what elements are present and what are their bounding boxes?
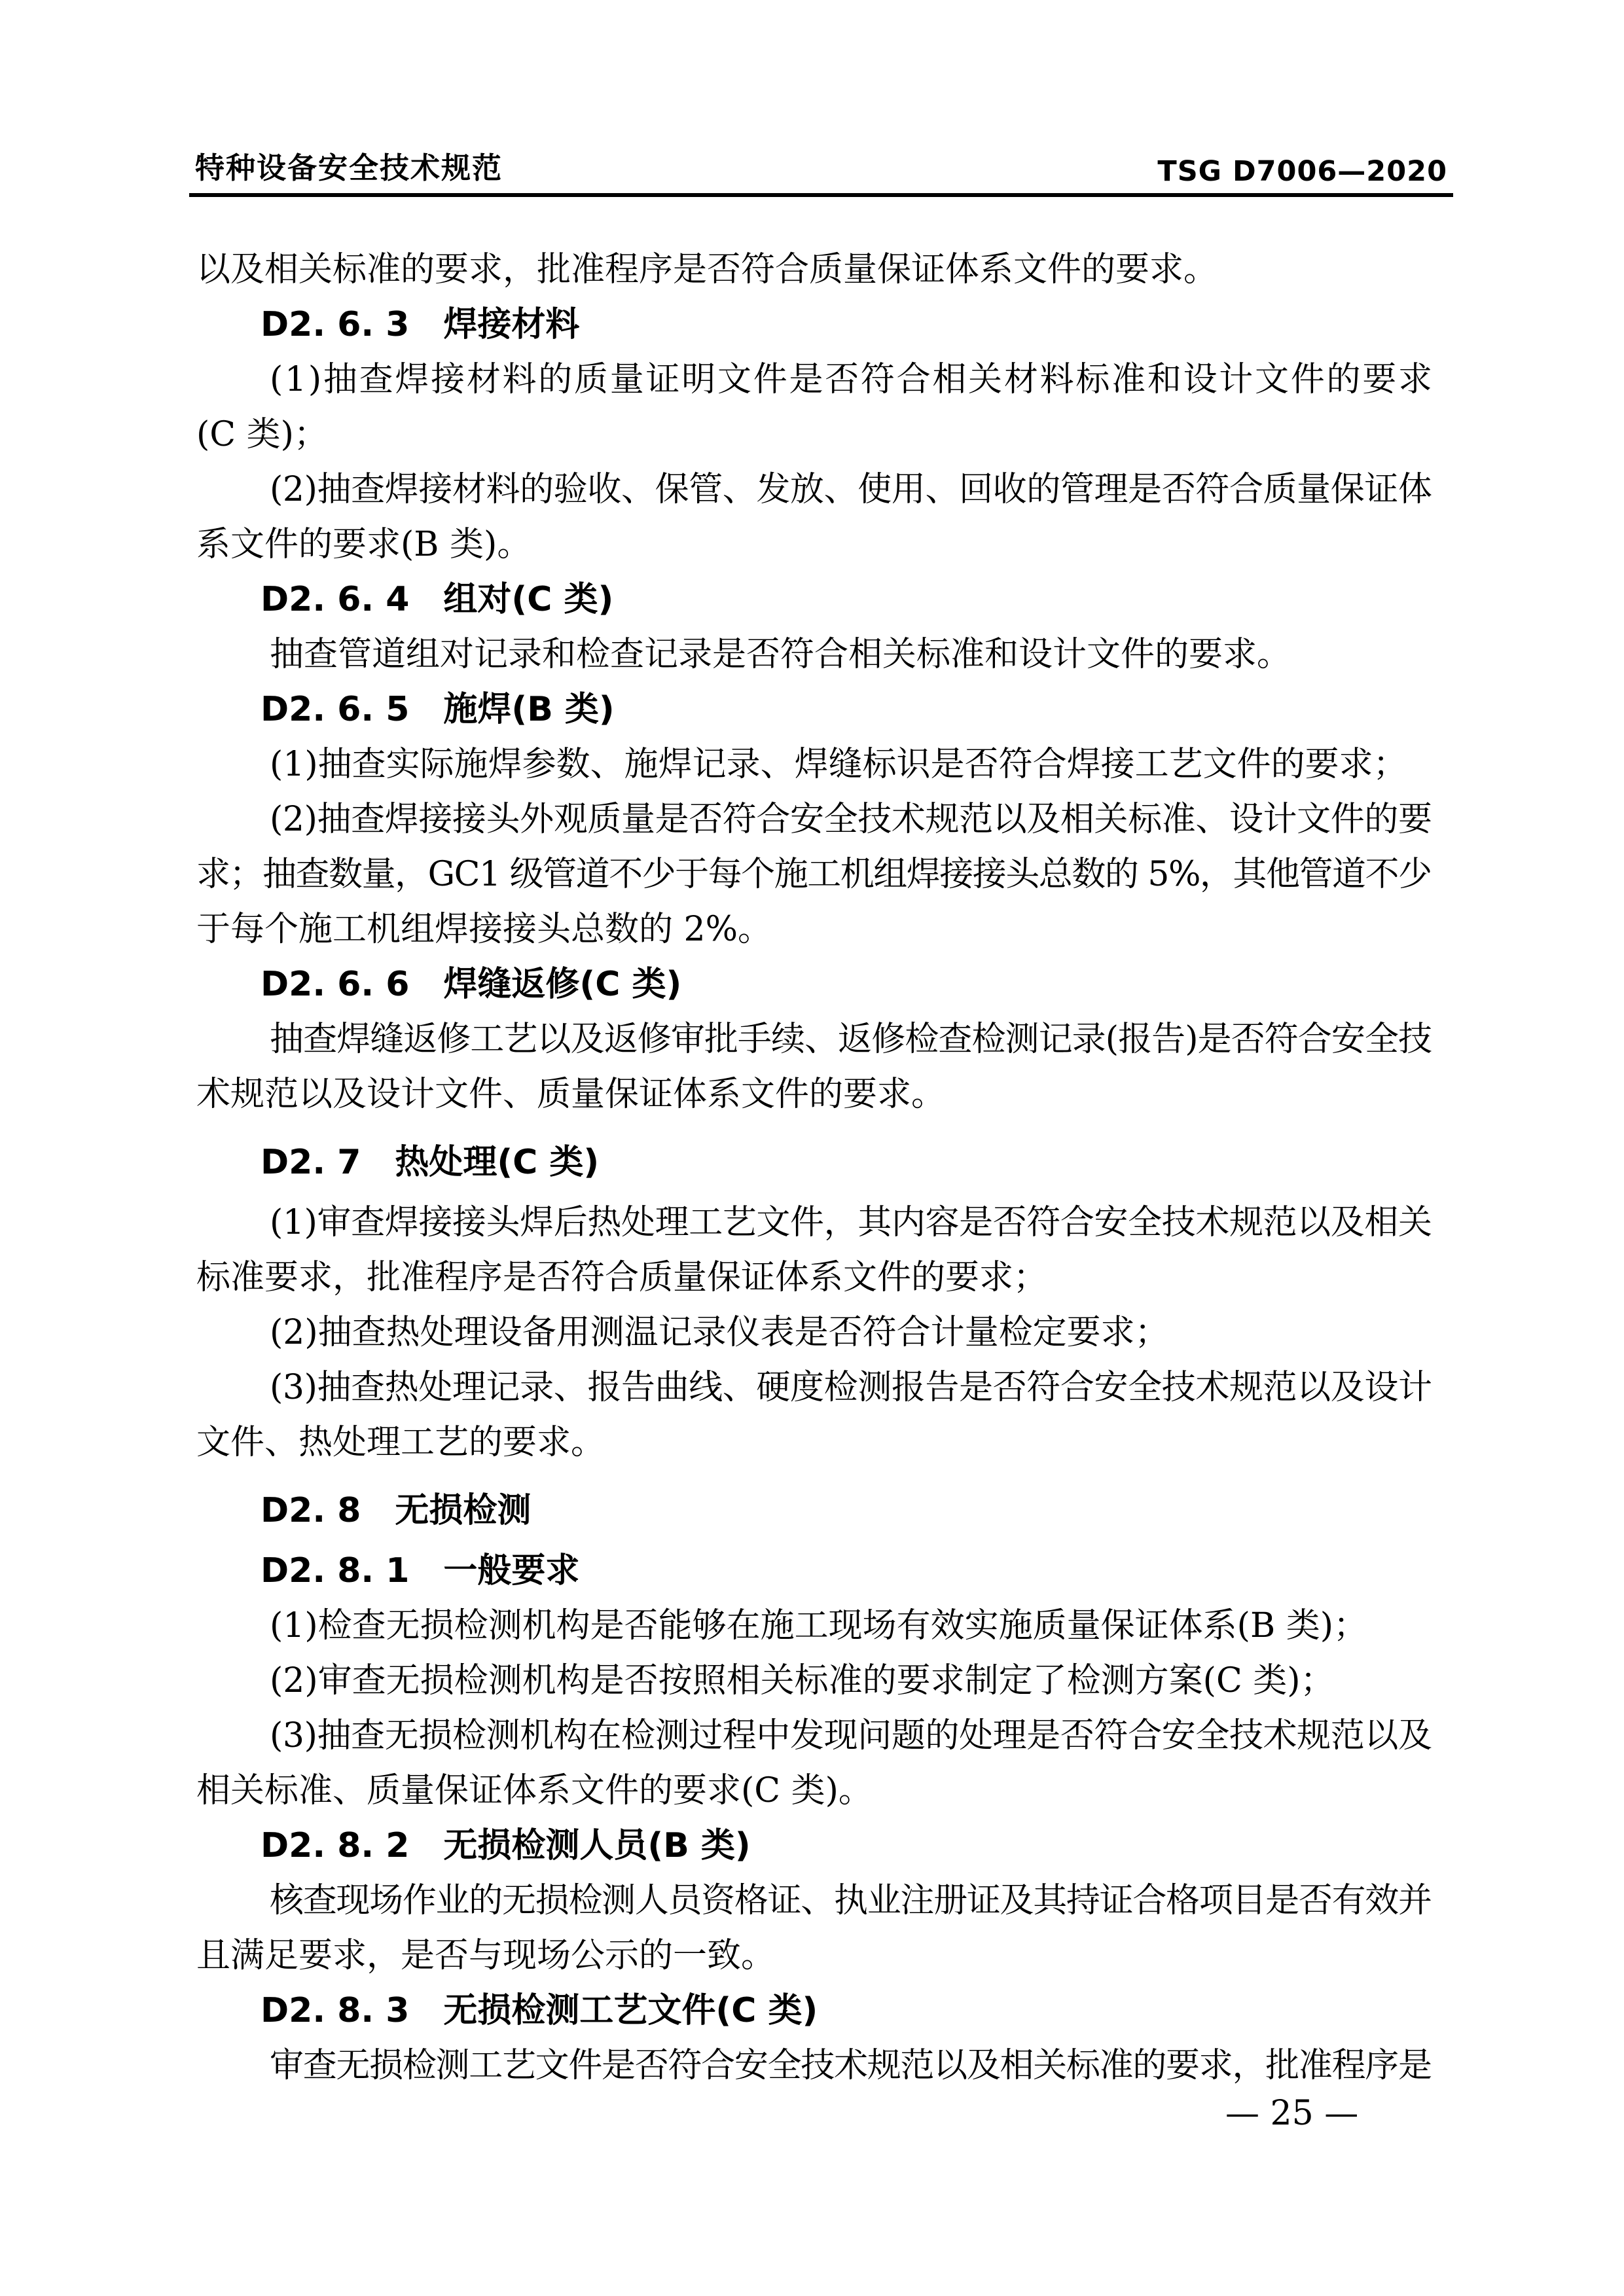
text-line-content: (1)审查焊接接头焊后热处理工艺文件，其内容是否符合安全技术规范以及相关 (270, 1195, 1432, 1250)
text-line-content: (1)抽查实际施焊参数、施焊记录、焊缝标识是否符合焊接工艺文件的要求； (270, 737, 1407, 792)
text-line-content: (2)审查无损检测机构是否按照相关标准的要求制定了检测方案(C 类)； (270, 1653, 1335, 1708)
section-heading: D2. 8. 3 无损检测工艺文件(C 类) (196, 1983, 1432, 2038)
section-heading: D2. 7 热处理(C 类) (196, 1135, 1432, 1190)
page-body: 以及相关标准的要求，批准程序是否符合质量保证体系文件的要求。D2. 6. 3 焊… (196, 242, 1432, 2093)
text-line: (1)抽查焊接材料的质量证明文件是否符合相关材料标准和设计文件的要求 (196, 352, 1432, 407)
text-line-content: (2)抽查焊接材料的验收、保管、发放、使用、回收的管理是否符合质量保证体 (270, 462, 1432, 517)
text-line-content: D2. 7 热处理(C 类) (261, 1135, 599, 1190)
text-line-content: 审查无损检测工艺文件是否符合安全技术规范以及相关标准的要求，批准程序是 (270, 2038, 1432, 2093)
text-line: (2)审查无损检测机构是否按照相关标准的要求制定了检测方案(C 类)； (196, 1653, 1432, 1708)
text-line: 求；抽查数量，GC1 级管道不少于每个施工机组焊接接头总数的 5%，其他管道不少 (196, 847, 1432, 902)
section-heading: D2. 8. 2 无损检测人员(B 类) (196, 1818, 1432, 1873)
text-line-content: 抽查焊缝返修工艺以及返修审批手续、返修检查检测记录(报告)是否符合安全技 (270, 1012, 1432, 1067)
text-line: (1)审查焊接接头焊后热处理工艺文件，其内容是否符合安全技术规范以及相关 (196, 1195, 1432, 1250)
text-line-content: D2. 6. 6 焊缝返修(C 类) (261, 957, 681, 1012)
text-line: (3)抽查热处理记录、报告曲线、硬度检测报告是否符合安全技术规范以及设计 (196, 1360, 1432, 1415)
document-code: TSG D7006—2020 (1157, 156, 1447, 187)
section-heading: D2. 6. 4 组对(C 类) (196, 572, 1432, 627)
text-line: (1)检查无损检测机构是否能够在施工现场有效实施质量保证体系(B 类)； (196, 1598, 1432, 1653)
text-line: (2)抽查焊接材料的验收、保管、发放、使用、回收的管理是否符合质量保证体 (196, 462, 1432, 517)
text-line-content: D2. 6. 5 施焊(B 类) (261, 682, 615, 737)
text-line: 以及相关标准的要求，批准程序是否符合质量保证体系文件的要求。 (196, 242, 1432, 297)
text-line-content: D2. 6. 3 焊接材料 (261, 297, 579, 352)
text-line: 标准要求，批准程序是否符合质量保证体系文件的要求； (196, 1250, 1432, 1305)
text-line: 术规范以及设计文件、质量保证体系文件的要求。 (196, 1067, 1432, 1122)
text-line-content: D2. 8. 3 无损检测工艺文件(C 类) (261, 1983, 818, 2038)
text-line: (1)抽查实际施焊参数、施焊记录、焊缝标识是否符合焊接工艺文件的要求； (196, 737, 1432, 792)
text-line: 文件、热处理工艺的要求。 (196, 1415, 1432, 1470)
text-line-content: D2. 8. 1 一般要求 (261, 1543, 579, 1598)
text-line: 抽查焊缝返修工艺以及返修审批手续、返修检查检测记录(报告)是否符合安全技 (196, 1012, 1432, 1067)
text-line-content: (1)检查无损检测机构是否能够在施工现场有效实施质量保证体系(B 类)； (270, 1598, 1367, 1653)
text-line-content: D2. 8 无损检测 (261, 1483, 531, 1538)
text-line-content: (2)抽查焊接接头外观质量是否符合安全技术规范以及相关标准、设计文件的要 (270, 792, 1432, 847)
text-line: (2)抽查热处理设备用测温记录仪表是否符合计量检定要求； (196, 1305, 1432, 1360)
text-line: 核查现场作业的无损检测人员资格证、执业注册证及其持证合格项目是否有效并 (196, 1873, 1432, 1928)
text-line-content: D2. 6. 4 组对(C 类) (261, 572, 613, 627)
text-line: 且满足要求，是否与现场公示的一致。 (196, 1928, 1432, 1983)
text-line-content: 术规范以及设计文件、质量保证体系文件的要求。 (196, 1067, 945, 1122)
text-line-content: 且满足要求，是否与现场公示的一致。 (196, 1928, 775, 1983)
text-line: (2)抽查焊接接头外观质量是否符合安全技术规范以及相关标准、设计文件的要 (196, 792, 1432, 847)
text-line-content: 于每个施工机组焊接接头总数的 2%。 (196, 902, 772, 957)
text-line-content: 相关标准、质量保证体系文件的要求(C 类)。 (196, 1763, 873, 1818)
text-line: (3)抽查无损检测机构在检测过程中发现问题的处理是否符合安全技术规范以及 (196, 1708, 1432, 1763)
text-line: 抽查管道组对记录和检查记录是否符合相关标准和设计文件的要求。 (196, 627, 1432, 682)
text-line-content: 以及相关标准的要求，批准程序是否符合质量保证体系文件的要求。 (196, 242, 1218, 297)
text-line-content: 标准要求，批准程序是否符合质量保证体系文件的要求； (196, 1250, 1047, 1305)
text-line: 审查无损检测工艺文件是否符合安全技术规范以及相关标准的要求，批准程序是 (196, 2038, 1432, 2093)
page: 特种设备安全技术规范 TSG D7006—2020 以及相关标准的要求，批准程序… (0, 0, 1624, 2296)
text-line: 系文件的要求(B 类)。 (196, 517, 1432, 572)
text-line-content: 系文件的要求(B 类)。 (196, 517, 531, 572)
section-heading: D2. 8. 1 一般要求 (196, 1543, 1432, 1598)
section-heading: D2. 6. 6 焊缝返修(C 类) (196, 957, 1432, 1012)
text-line-content: (C 类)； (196, 407, 328, 462)
section-heading: D2. 8 无损检测 (196, 1483, 1432, 1538)
text-line-content: (3)抽查无损检测机构在检测过程中发现问题的处理是否符合安全技术规范以及 (270, 1708, 1432, 1763)
text-line-content: 文件、热处理工艺的要求。 (196, 1415, 605, 1470)
text-line-content: D2. 8. 2 无损检测人员(B 类) (261, 1818, 751, 1873)
text-line-content: (2)抽查热处理设备用测温记录仪表是否符合计量检定要求； (270, 1305, 1169, 1360)
text-line-content: 核查现场作业的无损检测人员资格证、执业注册证及其持证合格项目是否有效并 (270, 1873, 1432, 1928)
text-line-content: (1)抽查焊接材料的质量证明文件是否符合相关材料标准和设计文件的要求 (270, 352, 1434, 407)
page-number: — 25 — (1225, 2093, 1358, 2134)
standard-name: 特种设备安全技术规范 (195, 151, 503, 185)
text-line: (C 类)； (196, 407, 1432, 462)
section-heading: D2. 6. 3 焊接材料 (196, 297, 1432, 352)
header-rule (189, 193, 1453, 197)
text-line-content: (3)抽查热处理记录、报告曲线、硬度检测报告是否符合安全技术规范以及设计 (270, 1360, 1432, 1415)
text-line-content: 抽查管道组对记录和检查记录是否符合相关标准和设计文件的要求。 (270, 627, 1291, 682)
text-line-content: 求；抽查数量，GC1 级管道不少于每个施工机组焊接接头总数的 5%，其他管道不少 (196, 847, 1432, 902)
section-heading: D2. 6. 5 施焊(B 类) (196, 682, 1432, 737)
text-line: 于每个施工机组焊接接头总数的 2%。 (196, 902, 1432, 957)
text-line: 相关标准、质量保证体系文件的要求(C 类)。 (196, 1763, 1432, 1818)
